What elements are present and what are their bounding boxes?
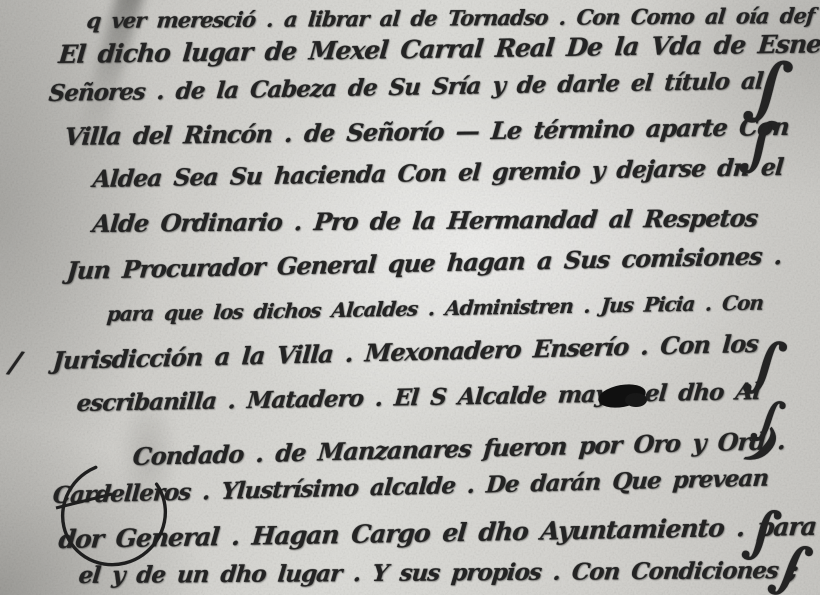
- manuscript-line: Alde Ordinario . Pro de la Hermandad al …: [91, 203, 759, 238]
- manuscript-lines: q ver meresció . a librar al de Tornadso…: [0, 0, 820, 595]
- manuscript-line: para que los dichos Alcaldes . Administr…: [106, 291, 764, 326]
- manuscript-line: El dicho lugar de Mexel Carral Real De l…: [57, 29, 820, 69]
- manuscript-line: Condado . de Manzanares fueron por Oro y…: [132, 426, 786, 471]
- manuscript-line: Jurisdicción a la Villa . Mexonadero Ens…: [52, 329, 759, 375]
- manuscript-line: Jun Procurador General que hagan a Sus c…: [66, 241, 783, 285]
- manuscript-line: Cardelleros . Ylustrísimo alcalde . De d…: [52, 465, 769, 510]
- manuscript-line: Villa del Rincón . de Señorío — Le térmi…: [63, 112, 790, 151]
- manuscript-line: el y de un dho lugar . Y sus propios . C…: [77, 557, 798, 589]
- manuscript-line: escribanilla . Matadero . El S Alcalde m…: [76, 378, 762, 417]
- manuscript-line: dor General . Hagan Cargo el dho Ayuntam…: [57, 512, 817, 554]
- manuscript-line: Aldea Sea Su hacienda Con el gremio y de…: [92, 153, 785, 193]
- manuscript-line: Señores . de la Cabeza de Su Sría y de d…: [48, 68, 764, 108]
- manuscript-line: q ver meresció . a librar al de Tornadso…: [86, 3, 816, 33]
- manuscript-photo: q ver meresció . a librar al de Tornadso…: [0, 0, 820, 595]
- ink-flourish: /: [8, 348, 23, 379]
